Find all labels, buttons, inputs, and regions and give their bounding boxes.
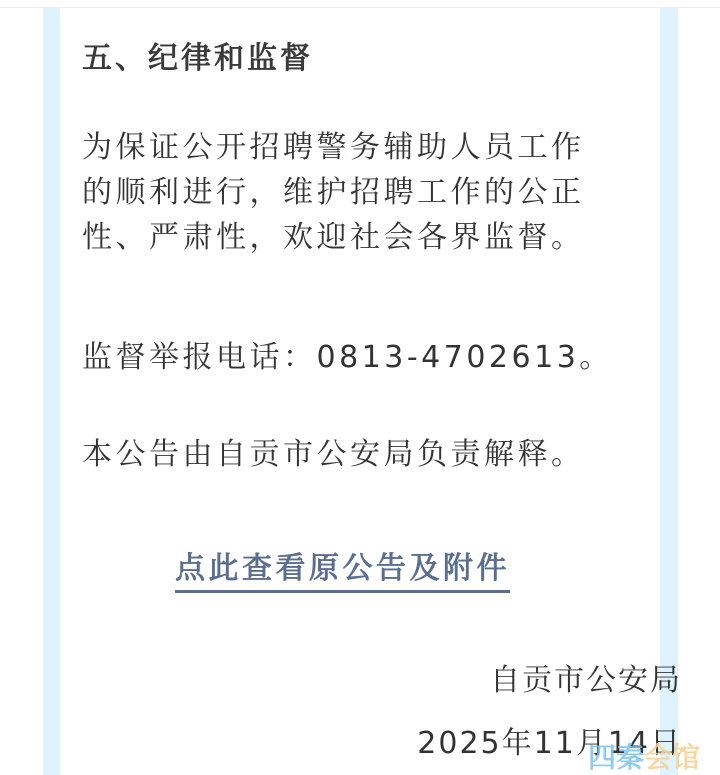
top-divider: [0, 7, 720, 8]
report-phone: 监督举报电话：0813-4702613。: [82, 335, 613, 380]
left-decor-bar: [43, 8, 60, 775]
watermark-logo: 四秦会馆: [588, 736, 700, 775]
paragraph-line: 性、严肃性，欢迎社会各界监督。: [82, 215, 585, 260]
watermark-part2: 会馆: [644, 741, 700, 774]
view-original-announcement-link[interactable]: 点此查看原公告及附件: [175, 543, 510, 593]
section-heading: 五、纪律和监督: [82, 33, 313, 77]
interpretation-note: 本公告由自贡市公安局负责解释。: [82, 432, 585, 477]
paragraph-line: 为保证公开招聘警务辅助人员工作: [82, 125, 585, 170]
paragraph-supervision: 为保证公开招聘警务辅助人员工作 的顺利进行，维护招聘工作的公正 性、严肃性，欢迎…: [82, 125, 585, 260]
watermark-part1: 四秦: [588, 741, 644, 774]
signature-org: 自贡市公安局: [490, 655, 682, 699]
paragraph-line: 的顺利进行，维护招聘工作的公正: [82, 170, 585, 215]
